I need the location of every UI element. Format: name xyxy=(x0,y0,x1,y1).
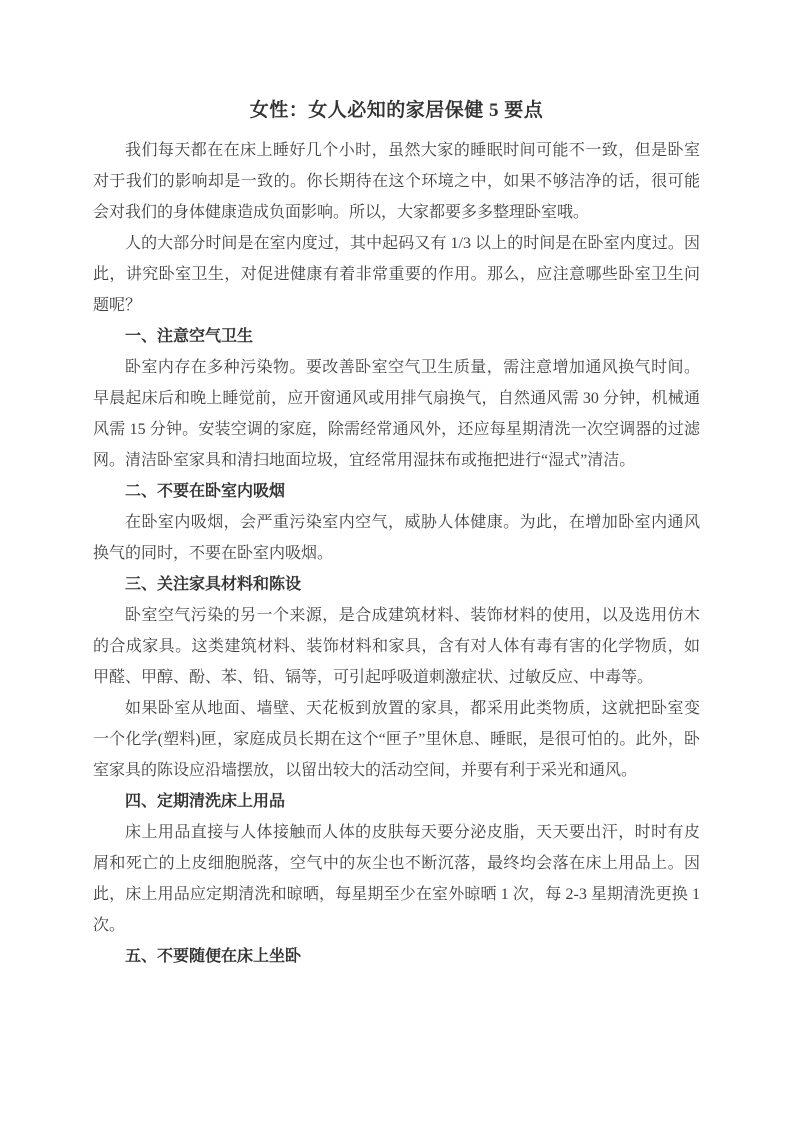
paragraph: 如果卧室从地面、墙壁、天花板到放置的家具，都采用此类物质，这就把卧室变一个化学(… xyxy=(93,693,700,786)
paragraph: 人的大部分时间是在室内度过，其中起码又有 1/3 以上的时间是在卧室内度过。因此… xyxy=(93,228,700,321)
paragraph: 卧室内存在多种污染物。要改善卧室空气卫生质量，需注意增加通风换气时间。早晨起床后… xyxy=(93,352,700,476)
section-heading: 五、不要随便在床上坐卧 xyxy=(93,941,700,972)
document-body: 我们每天都在在床上睡好几个小时，虽然大家的睡眠时间可能不一致，但是卧室对于我们的… xyxy=(93,135,700,972)
section-heading: 三、关注家具材料和陈设 xyxy=(93,569,700,600)
paragraph: 床上用品直接与人体接触而人体的皮肤每天要分泌皮脂，天天要出汗，时时有皮屑和死亡的… xyxy=(93,817,700,941)
paragraph: 卧室空气污染的另一个来源，是合成建筑材料、装饰材料的使用，以及选用仿木的合成家具… xyxy=(93,600,700,693)
document-title: 女性：女人必知的家居保健 5 要点 xyxy=(93,95,700,126)
paragraph: 在卧室内吸烟，会严重污染室内空气，威胁人体健康。为此，在增加卧室内通风换气的同时… xyxy=(93,507,700,569)
document-page: 女性：女人必知的家居保健 5 要点 我们每天都在在床上睡好几个小时，虽然大家的睡… xyxy=(0,0,793,1122)
section-heading: 一、注意空气卫生 xyxy=(93,321,700,352)
section-heading: 二、不要在卧室内吸烟 xyxy=(93,476,700,507)
paragraph: 我们每天都在在床上睡好几个小时，虽然大家的睡眠时间可能不一致，但是卧室对于我们的… xyxy=(93,135,700,228)
section-heading: 四、定期清洗床上用品 xyxy=(93,786,700,817)
